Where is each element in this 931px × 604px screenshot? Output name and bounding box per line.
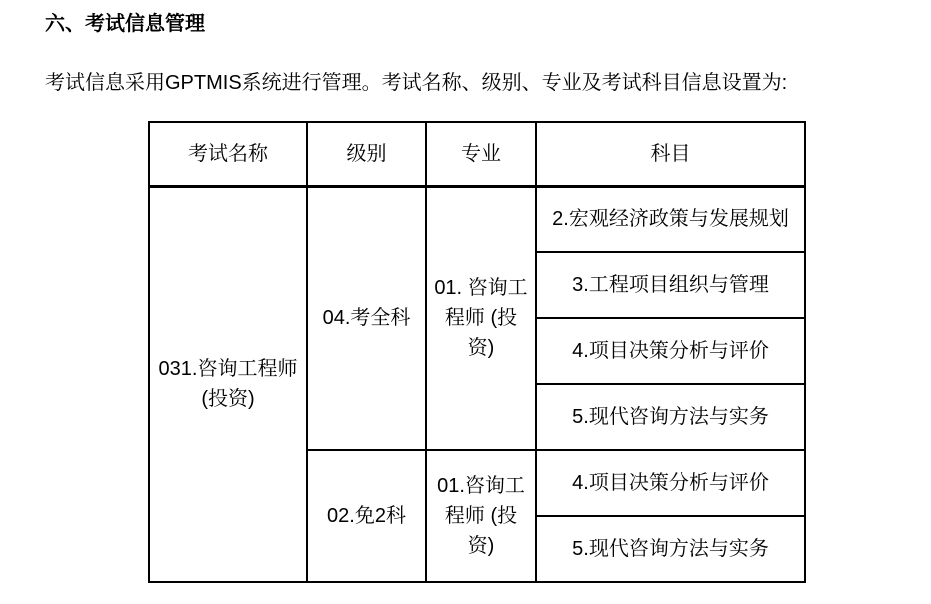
subject-cell: 3.工程项目组织与管理 — [536, 252, 805, 318]
major-cell-full: 01. 咨询工 程师 (投 资) — [426, 186, 536, 450]
subject-cell: 2.宏观经济政策与发展规划 — [536, 186, 805, 252]
subject-cell: 4.项目决策分析与评价 — [536, 450, 805, 516]
section-heading: 六、考试信息管理 — [45, 7, 205, 36]
subject-cell: 5.现代咨询方法与实务 — [536, 384, 805, 450]
level-cell-exempt: 02.免2科 — [307, 450, 426, 582]
level-cell-full: 04.考全科 — [307, 186, 426, 450]
table-header-row: 考试名称 级别 专业 科目 — [149, 122, 805, 186]
subject-cell: 5.现代咨询方法与实务 — [536, 516, 805, 582]
document-page: 六、考试信息管理 考试信息采用GPTMIS系统进行管理。考试名称、级别、专业及考… — [0, 0, 931, 604]
header-subject: 科目 — [536, 122, 805, 186]
header-exam-name: 考试名称 — [149, 122, 307, 186]
table-row: 031.咨询工程师 (投资) 04.考全科 01. 咨询工 程师 (投 资) 2… — [149, 186, 805, 252]
header-major: 专业 — [426, 122, 536, 186]
major-cell-exempt: 01.咨询工 程师 (投 资) — [426, 450, 536, 582]
exam-info-table: 考试名称 级别 专业 科目 031.咨询工程师 (投资) 04.考全科 01. … — [148, 121, 806, 583]
exam-name-cell: 031.咨询工程师 (投资) — [149, 186, 307, 582]
subject-cell: 4.项目决策分析与评价 — [536, 318, 805, 384]
intro-paragraph: 考试信息采用GPTMIS系统进行管理。考试名称、级别、专业及考试科目信息设置为: — [45, 66, 787, 95]
header-level: 级别 — [307, 122, 426, 186]
